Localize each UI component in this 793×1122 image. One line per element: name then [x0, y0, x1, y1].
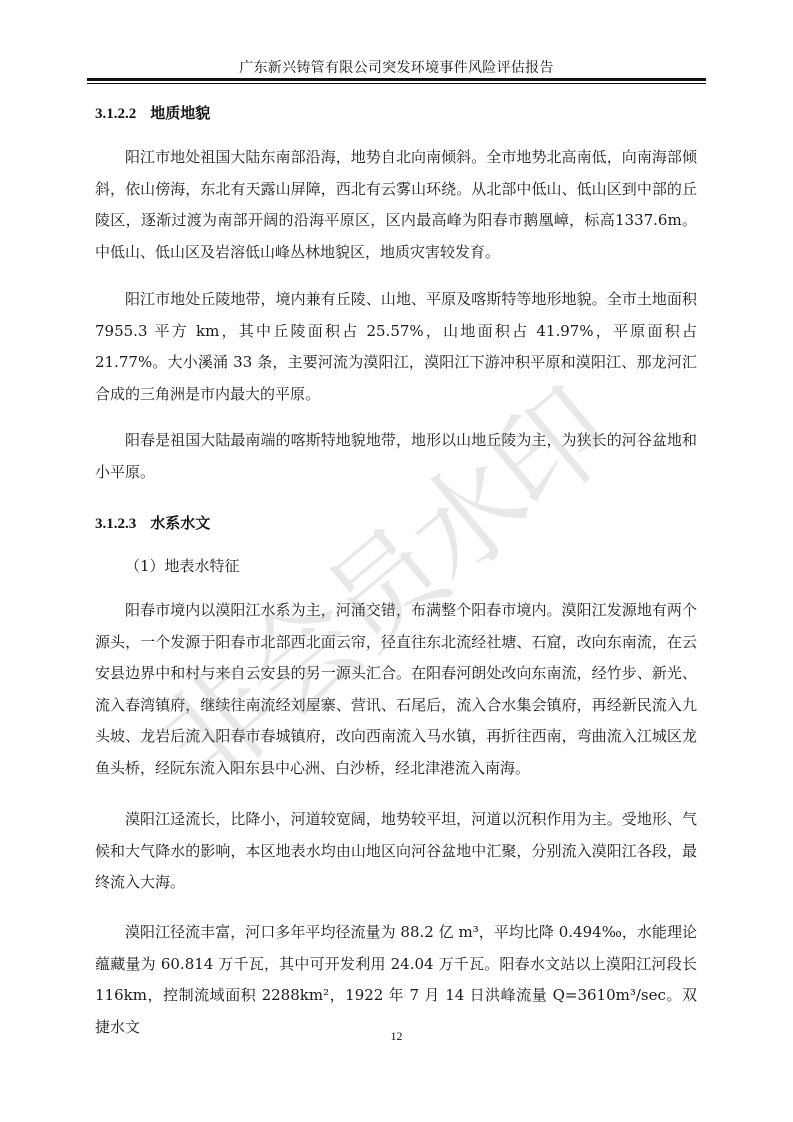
paragraph-geology-1: 阳江市地处祖国大陆东南部沿海，地势自北向南倾斜。全市地势北高南低，向南海部倾斜，…: [95, 142, 697, 268]
section-title: 地质地貌: [150, 104, 210, 122]
section-heading-geology: 3.1.2.2地质地貌: [95, 103, 210, 124]
page-number: 12: [0, 1028, 793, 1044]
paragraph-hydrology-3: 漠阳江径流丰富，河口多年平均径流量为 88.2 亿 m³，平均比降 0.494‰…: [95, 917, 697, 1043]
paragraph-geology-2: 阳江市地处丘陵地带，境内兼有丘陵、山地、平原及喀斯特等地形地貌。全市土地面积 7…: [95, 284, 697, 410]
paragraph-hydrology-2: 漠阳江迳流长，比降小，河道较宽阔，地势较平坦，河道以沉积作用为主。受地形、气候和…: [95, 804, 697, 899]
header-rule-thick: [87, 78, 706, 81]
section-number: 3.1.2.3: [95, 514, 136, 534]
document-page: 广东新兴铸管有限公司突发环境事件风险评估报告 3.1.2.2地质地貌 阳江市地处…: [0, 0, 793, 1122]
running-header-title: 广东新兴铸管有限公司突发环境事件风险评估报告: [87, 58, 706, 78]
header-rule-thin: [87, 83, 706, 84]
paragraph-hydrology-1: 阳春市境内以漠阳江水系为主，河涌交错，布满整个阳春市境内。漠阳江发源地有两个源头…: [95, 595, 697, 785]
section-number: 3.1.2.2: [95, 104, 136, 124]
section-title: 水系水文: [150, 514, 210, 532]
paragraph-geology-3: 阳春是祖国大陆最南端的喀斯特地貌地带，地形以山地丘陵为主，为狭长的河谷盆地和小平…: [95, 425, 697, 488]
subheading-surface-water: （1）地表水特征: [125, 556, 240, 576]
section-heading-hydrology: 3.1.2.3水系水文: [95, 513, 210, 534]
header-double-rule: [87, 78, 706, 84]
